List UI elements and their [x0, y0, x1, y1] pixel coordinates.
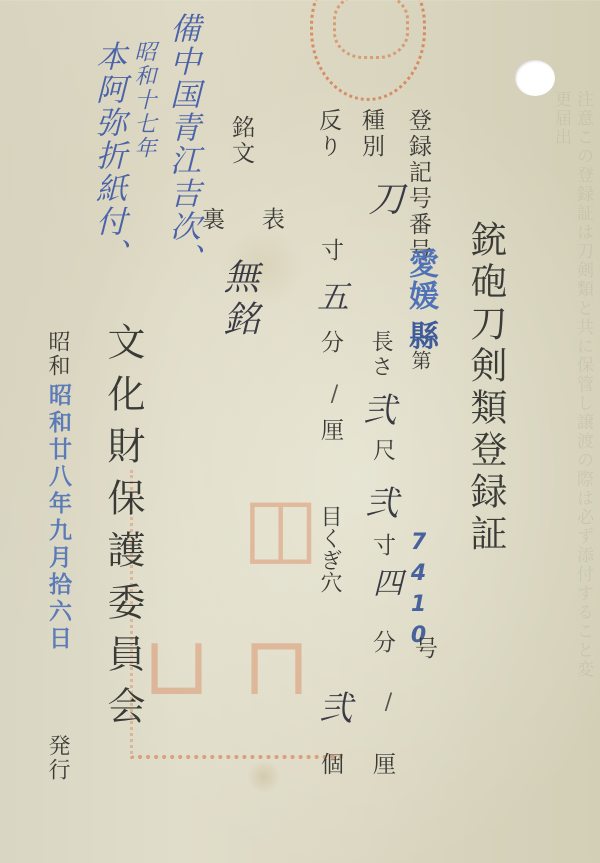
curvature-bu-value: 五: [308, 280, 354, 312]
mekugi-unit: 個: [314, 752, 347, 778]
red-seal-top: [310, 0, 426, 101]
seal-glyph: ⊓: [243, 620, 310, 713]
length-slash: /: [376, 690, 401, 715]
document-title: 銃砲刀剣類登録証: [458, 220, 512, 556]
issue-date-suffix: 発行: [42, 734, 73, 782]
length-sun-unit: 寸: [366, 533, 399, 559]
curvature-rin-unit: 厘: [314, 418, 347, 444]
length-label: 長さ: [365, 330, 396, 380]
registration-dai: 第: [406, 350, 435, 373]
length-sun-value: 弐: [354, 485, 403, 519]
curvature-label: 反り: [312, 108, 345, 160]
inscription-front-label: 表: [255, 207, 288, 233]
seal-glyph: ◫: [243, 480, 319, 573]
issue-date-stamp: 昭和廿八年九月拾六日: [42, 383, 75, 653]
type-label: 種別: [355, 108, 388, 160]
curvature-sun-unit: 寸: [314, 238, 347, 264]
seal-glyph: ⊔: [143, 620, 210, 713]
note-year: 昭和十七年: [128, 40, 159, 160]
curvature-slash: /: [322, 382, 347, 407]
length-bu-value: 四: [362, 567, 406, 597]
certificate-paper: 注意この登録証は刀剣類と共に保管し譲渡の際は必ず添付すること変更届出 ◫ ⊔ ⊓…: [0, 0, 600, 863]
punch-hole: [515, 60, 555, 96]
fold-line: [0, 0, 600, 1]
curvature-bu-unit: 分: [314, 330, 347, 356]
length-shaku-unit: 尺: [366, 438, 399, 464]
mekugi-label: 目くぎ穴: [314, 505, 345, 593]
note-origami: 本阿弥折紙付、: [86, 40, 131, 271]
registration-prefecture: 愛媛: [398, 248, 442, 312]
issuer-name: 文化財保護委員会: [96, 322, 151, 738]
type-value: 刀: [358, 180, 409, 216]
inscription-label: 銘文: [225, 115, 258, 167]
inscription-value: 無銘: [213, 258, 264, 342]
prefecture-stamp-mark: 縣: [398, 320, 442, 350]
length-rin-unit: 厘: [366, 752, 399, 778]
registration-go: 号: [408, 636, 441, 662]
length-bu-unit: 分: [366, 630, 399, 656]
length-shaku-value: 弐: [352, 392, 401, 426]
note-swordsmith: 備中国青江吉次、: [160, 12, 205, 276]
mekugi-value: 弐: [308, 690, 357, 724]
issue-date-era: 昭和: [42, 330, 73, 378]
